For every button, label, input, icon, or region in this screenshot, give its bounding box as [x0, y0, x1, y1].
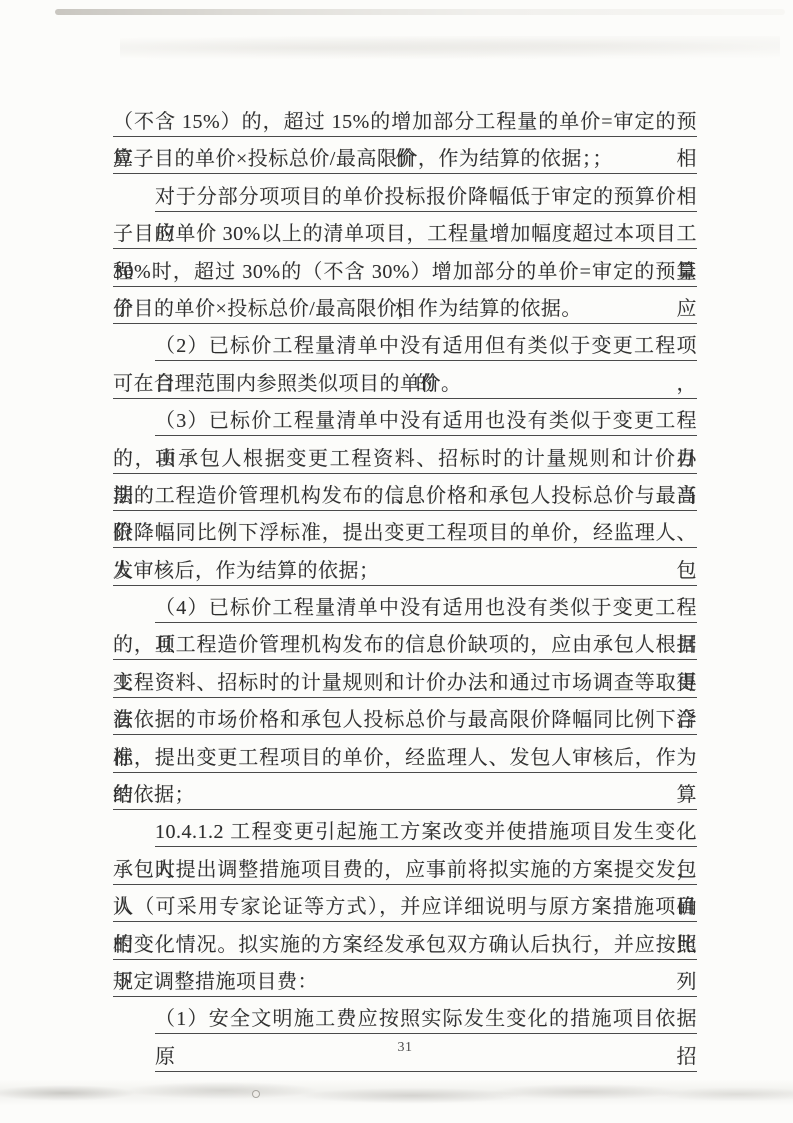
text-line: 子目的单价 30%以上的清单项目，工程量增加幅度超过本项目工程量	[113, 216, 697, 253]
text-line: 期的工程造价管理机构发布的信息价格和承包人投标总价与最高限	[113, 478, 697, 515]
text-line: 承包人提出调整措施项目费的，应事前将拟实施的方案提交发包人确	[113, 852, 697, 889]
scan-noise-band-artifact	[0, 1080, 793, 1106]
text-line: 的，由承包人根据变更工程资料、招标时的计量规则和计价办法、当	[113, 441, 697, 478]
text-line: （2）已标价工程量清单中没有适用但有类似于变更工程项目的，	[113, 328, 697, 365]
text-line: 价降幅同比例下浮标准，提出变更工程项目的单价，经监理人、发包	[113, 515, 697, 552]
text-line: 工程资料、招标时的计量规则和计价办法和通过市场调查等取得有合	[113, 665, 697, 702]
scan-streak-artifact	[55, 9, 785, 15]
text-line: （4）已标价工程量清单中没有适用也没有类似于变更工程项目	[113, 590, 697, 627]
text-line: 对于分部分项项目的单价投标报价降幅低于审定的预算价相应	[113, 179, 697, 216]
text-line: 认（可采用专家论证等方式），并应详细说明与原方案措施项目相比	[113, 889, 697, 926]
underlined-text: 规定调整措施项目费：	[113, 971, 334, 997]
text-line: 30%时，超过 30%的（不含 30%）增加部分的单价=审定的预算价相应	[113, 254, 697, 291]
scan-smudge-artifact	[120, 36, 780, 60]
text-line: 法依据的市场价格和承包人投标总价与最高限价降幅同比例下浮标	[113, 702, 697, 739]
text-line: 准，提出变更工程项目的单价，经监理人、发包人审核后，作为结算	[113, 740, 697, 777]
document-text-block: （不含 15%）的，超过 15%的增加部分工程量的单价=审定的预算价相应子目的单…	[113, 104, 697, 1039]
text-line: 10.4.1.2 工程变更引起施工方案改变并使措施项目发生变化时，	[113, 814, 697, 851]
text-line: （1）安全文明施工费应按照实际发生变化的措施项目依据原招	[113, 1001, 697, 1038]
text-line: 的变化情况。拟实施的方案经发承包双方确认后执行，并应按照下列	[113, 927, 697, 964]
scan-dot-artifact	[252, 1090, 260, 1098]
text-line: 的，且工程造价管理机构发布的信息价缺项的，应由承包人根据变更	[113, 627, 697, 664]
underlined-text: 应子目的单价×投标总价/最高限价，作为结算的依据；；	[113, 148, 621, 174]
page-number: 31	[113, 1040, 697, 1056]
underlined-text: 的依据；	[113, 784, 225, 810]
text-line: （不含 15%）的，超过 15%的增加部分工程量的单价=审定的预算价相	[113, 104, 697, 141]
underlined-text: 可在合理范围内参照类似项目的单价。	[113, 373, 484, 399]
text-line: 应子目的单价×投标总价/最高限价，作为结算的依据；；	[113, 141, 697, 178]
underlined-text: 子目的单价×投标总价/最高限价，作为结算的依据。	[113, 298, 592, 324]
document-page: （不含 15%）的，超过 15%的增加部分工程量的单价=审定的预算价相应子目的单…	[0, 0, 793, 1123]
underlined-text: 人审核后，作为结算的依据；	[113, 560, 404, 586]
text-line: （3）已标价工程量清单中没有适用也没有类似于变更工程项目	[113, 403, 697, 440]
